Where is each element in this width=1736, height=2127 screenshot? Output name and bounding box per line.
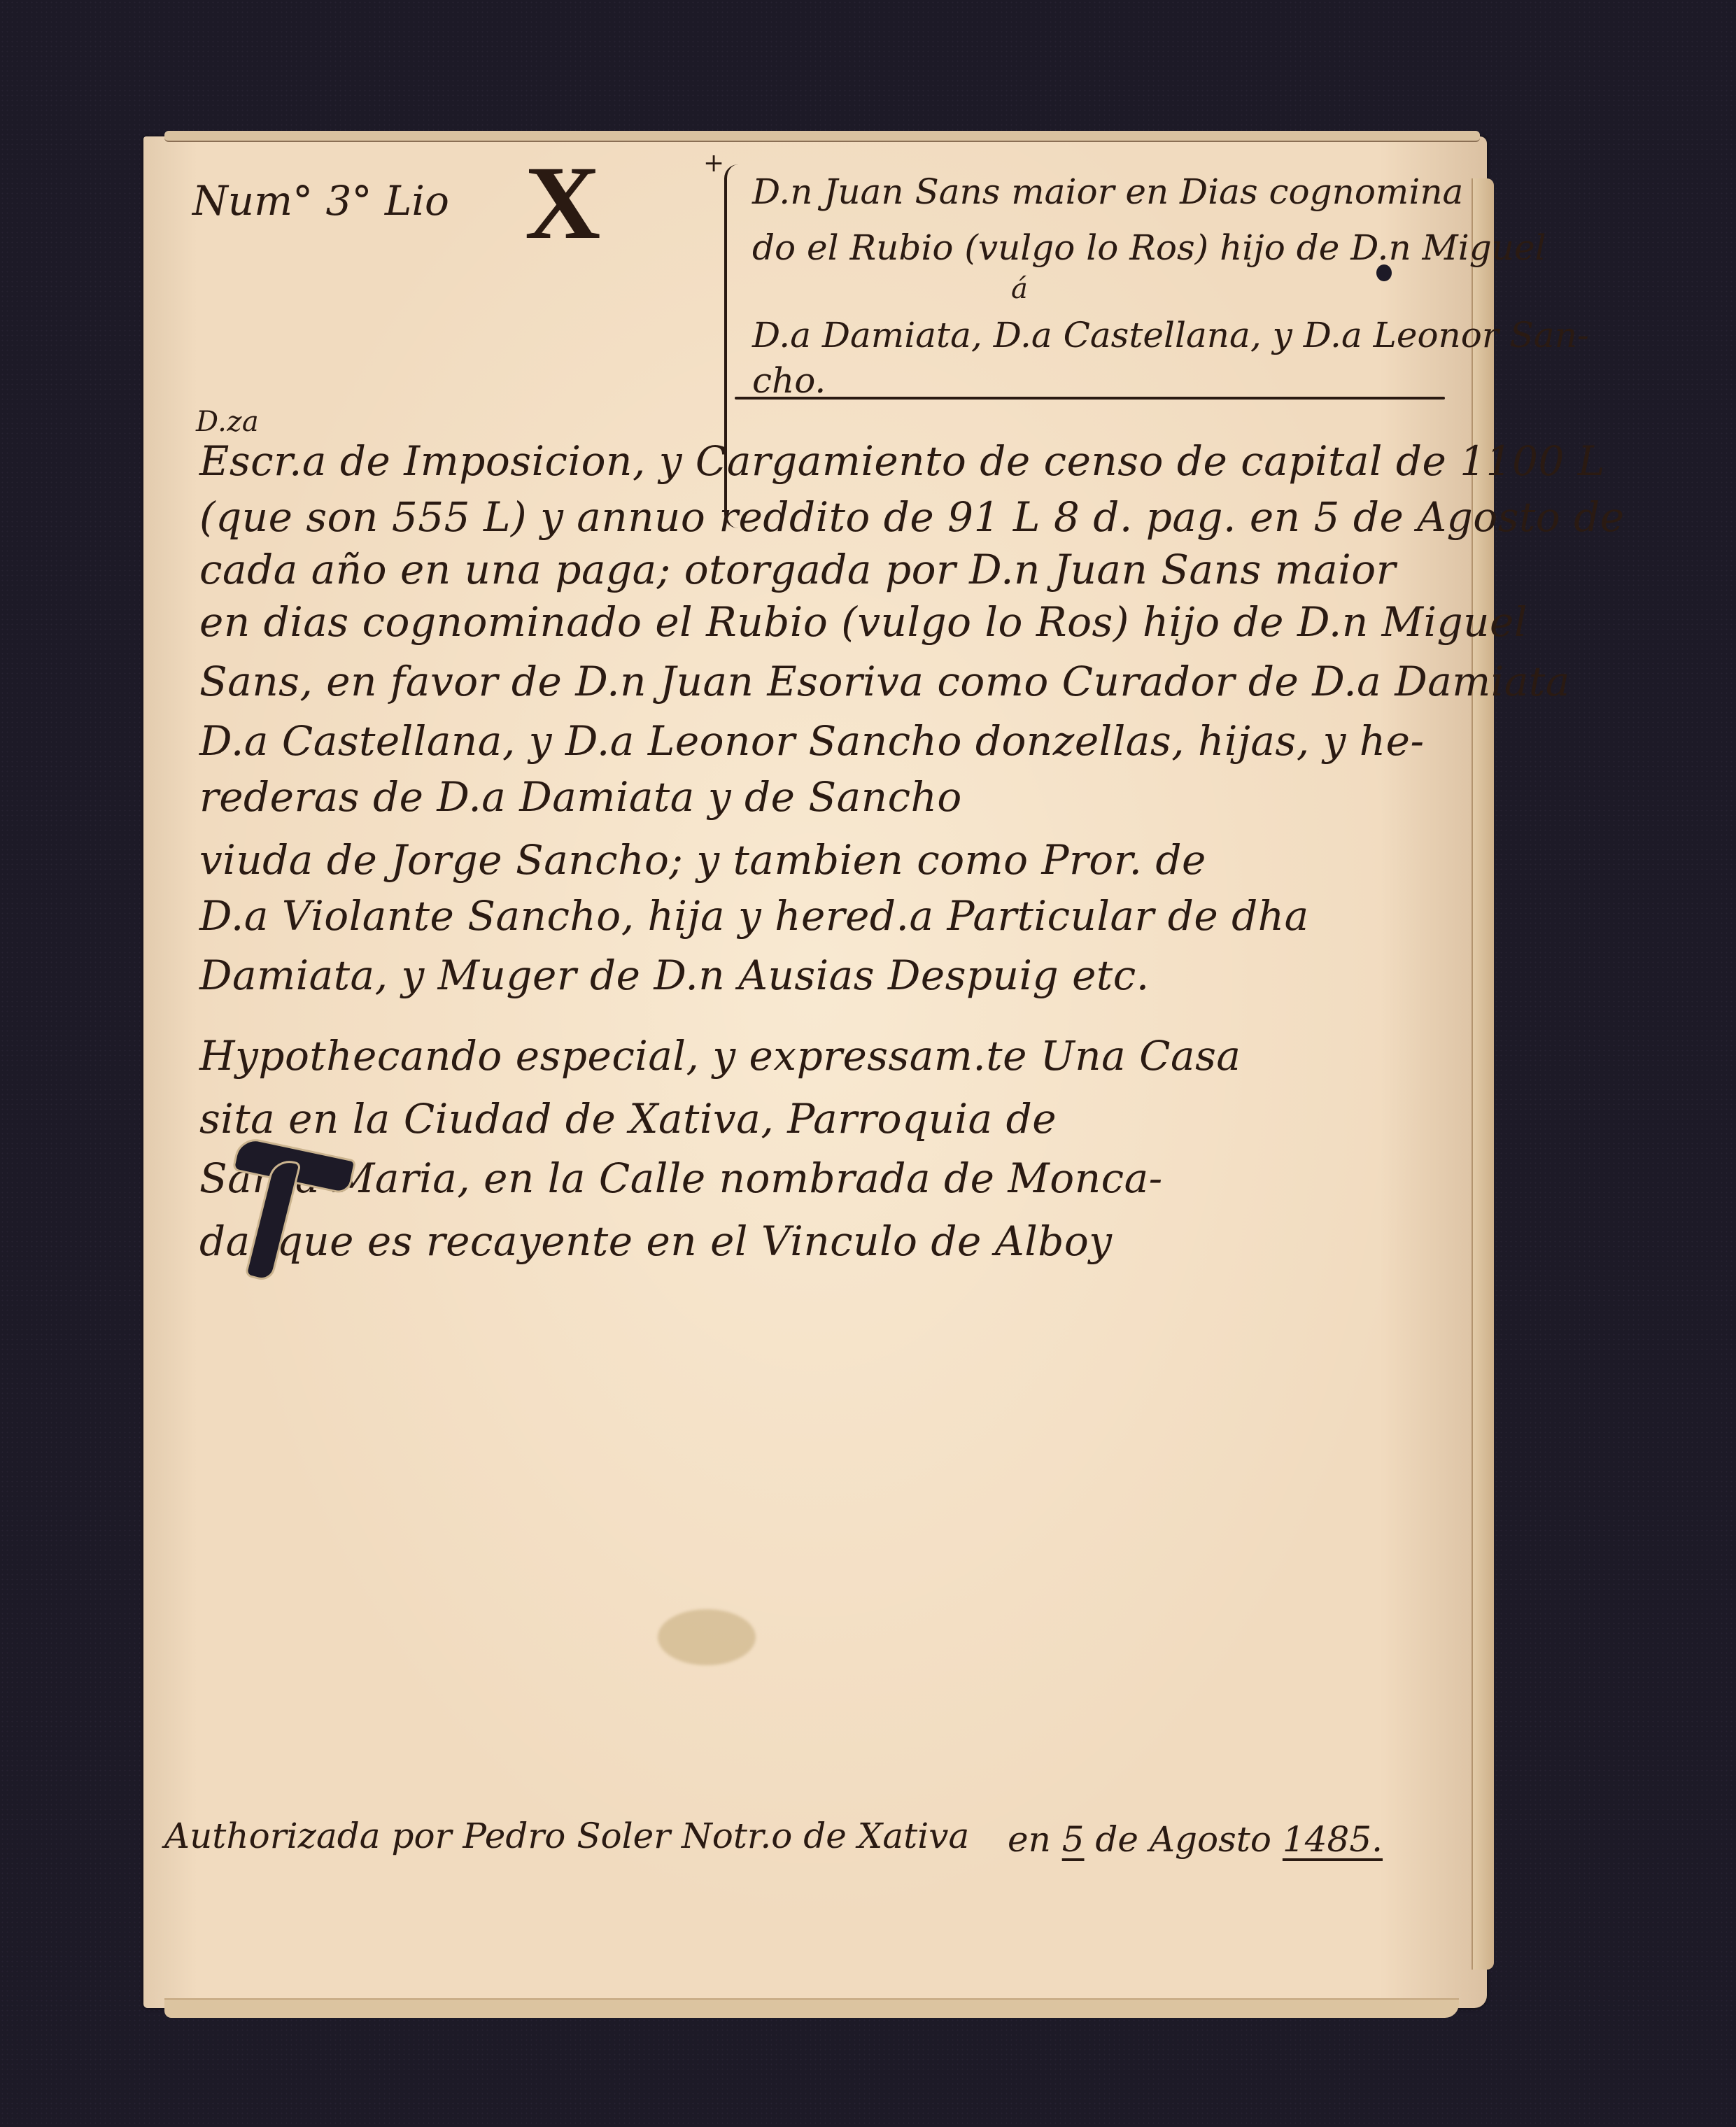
body-line: D.a Violante Sancho, hija y hered.a Part… (199, 892, 1309, 940)
water-stain (658, 1609, 756, 1665)
body-line: da, que es recayente en el Vinculo de Al… (199, 1217, 1113, 1265)
body-line: viuda de Jorge Sancho; y tambien como Pr… (199, 836, 1206, 884)
footer-date-prefix: en (1008, 1819, 1051, 1860)
footer-date: en 5 de Agosto 1485. (1008, 1819, 1383, 1860)
summary-underline (735, 397, 1445, 400)
big-x-mark: X (525, 150, 600, 255)
body-line: Damiata, y Muger de D.n Ausias Despuig e… (199, 952, 1150, 999)
cross-mark: + (703, 149, 724, 178)
footer-year: 1485. (1283, 1819, 1383, 1860)
record-number: Num° 3° Lio (192, 177, 449, 225)
body-line: cada año en una paga; otorgada por D.n J… (199, 546, 1396, 593)
footer-day: 5 (1062, 1819, 1085, 1860)
footer-authorization: Authorizada por Pedro Soler Notr.o de Xa… (164, 1816, 969, 1856)
body-line: Hypothecando especial, y expressam.te Un… (199, 1032, 1241, 1080)
body-superscript: D.za (196, 406, 259, 438)
body-line: Sans, en favor de D.n Juan Esoriva como … (199, 658, 1570, 705)
body-line: (que son 555 L) y annuo reddito de 91 L … (199, 493, 1625, 541)
paper-hole-small (1376, 264, 1392, 281)
page-edge-top (164, 131, 1480, 142)
body-line: Escr.a de Imposicion, y Cargamiento de c… (199, 437, 1605, 485)
body-line: en dias cognominado el Rubio (vulgo lo R… (199, 598, 1527, 646)
summary-line: do el Rubio (vulgo lo Ros) hijo de D.n M… (752, 227, 1546, 268)
footer-month: de Agosto (1095, 1819, 1271, 1860)
page-edge-bottom (164, 1998, 1459, 2018)
body-line: sita en la Ciudad de Xativa, Parroquia d… (199, 1095, 1057, 1143)
summary-line: cho. (752, 360, 826, 401)
manuscript-page: Num° 3° Lio X + D.n Juan Sans maior en D… (143, 136, 1487, 2008)
summary-line: D.a Damiata, D.a Castellana, y D.a Leono… (752, 315, 1589, 355)
body-line: D.a Castellana, y D.a Leonor Sancho donz… (199, 717, 1425, 765)
summary-line: D.n Juan Sans maior en Dias cognomina (752, 171, 1463, 212)
body-line: rederas de D.a Damiata y de Sancho (199, 773, 962, 821)
summary-line: á (1011, 273, 1028, 305)
